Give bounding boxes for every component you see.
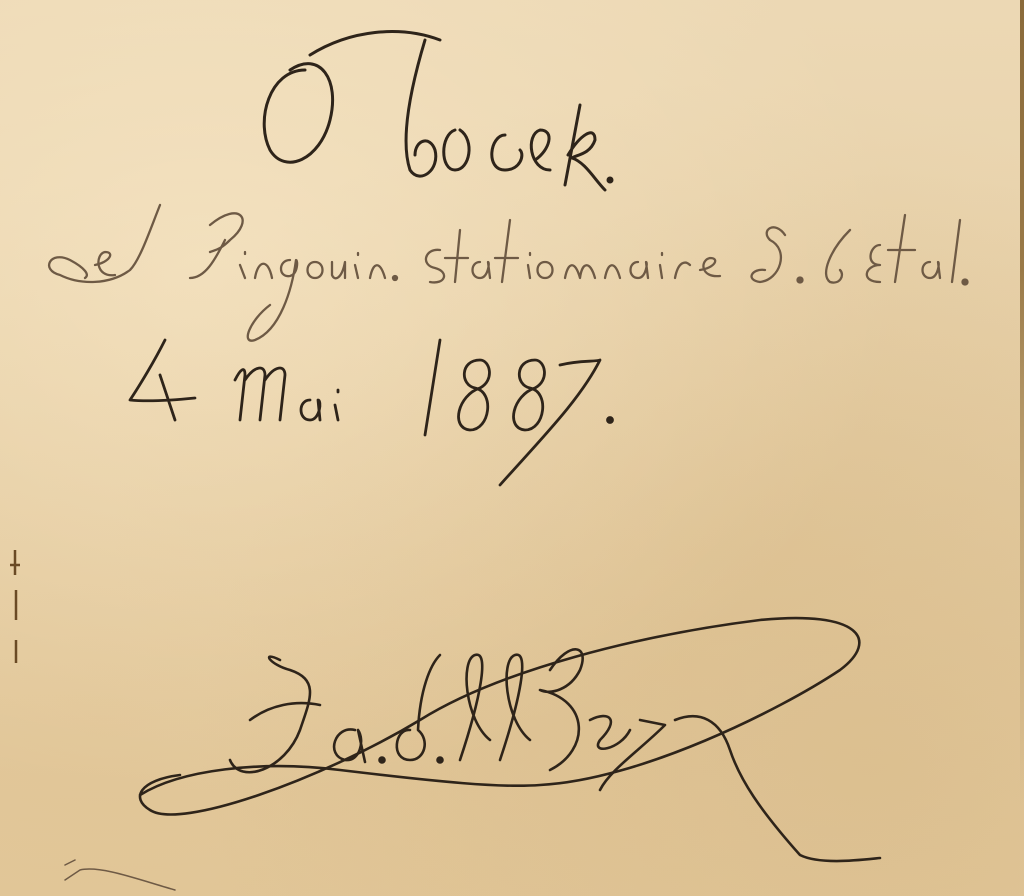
line-signature: J. A. d. [signature] (230, 720, 690, 778)
line-ship: Le Pingouin. Stationnaire d. l'Etat. (45, 240, 679, 281)
transcription-layer: Oboek. Le Pingouin. Stationnaire d. l'Et… (0, 0, 1024, 896)
line-place: Oboek. (255, 90, 470, 160)
line-date: 4 Mai 1887. (125, 380, 429, 438)
